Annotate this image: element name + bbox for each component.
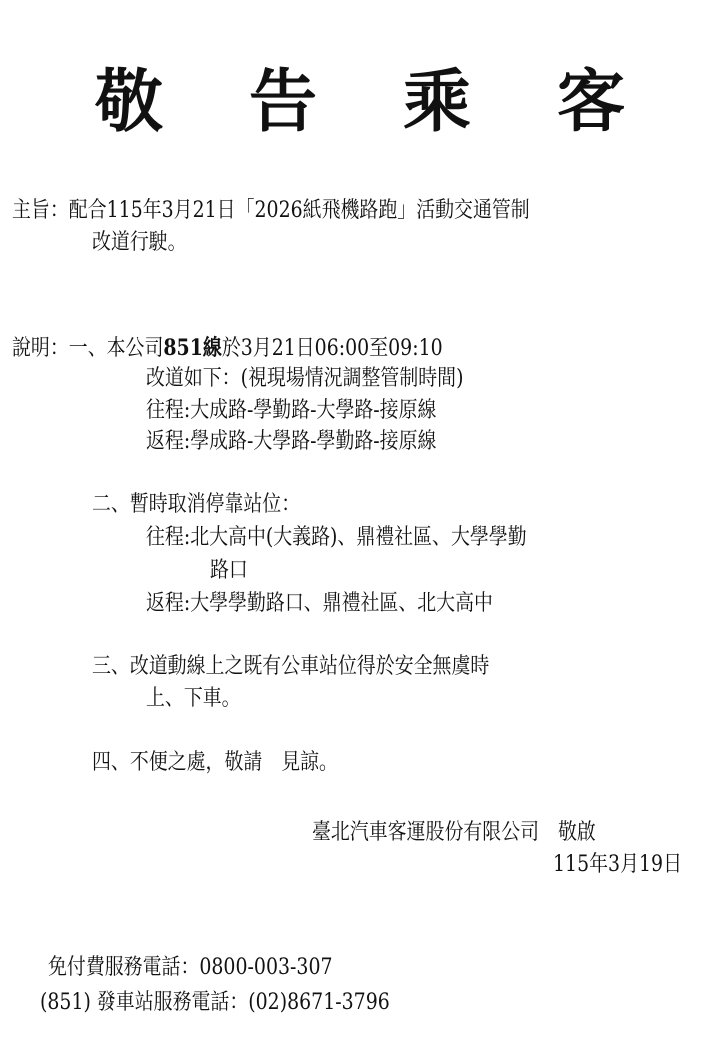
item1-time: 於3月21日06:00至09:10: [222, 336, 443, 361]
subject-line-1: 主旨：配合115年3月21日「2026紙飛機路跑」活動交通管制: [12, 196, 530, 226]
item2-outbound-2: 路口: [210, 556, 248, 586]
item2-outbound-1: 往程:北大高中(大義路)、鼎禮社區、大學學勤: [146, 523, 527, 553]
explanation-item-1: 說明：一、本公司851線於3月21日06:00至09:10: [12, 333, 443, 364]
title-char: 乘: [396, 62, 478, 142]
title-char: 敬: [88, 62, 170, 142]
route-number: 851線: [163, 335, 221, 361]
item2-inbound: 返程:大學學勤路口、鼎禮社區、北大高中: [146, 589, 493, 619]
signature-company: 臺北汽車客運股份有限公司 敬啟: [312, 818, 596, 848]
signature-date: 115年3月19日: [553, 850, 682, 880]
subject-text: 配合115年3月21日「2026紙飛機路跑」活動交通管制: [69, 198, 530, 223]
explanation-label: 說明：: [12, 336, 69, 361]
toll-free-phone: 免付費服務電話：0800-003-307: [48, 953, 333, 983]
item3-line-2: 上、下車。: [146, 684, 241, 714]
subject-label: 主旨：: [12, 198, 69, 223]
notice-title: 敬 告 乘 客: [0, 62, 720, 142]
item4-line-1: 四、不便之處，敬請 見諒。: [92, 748, 338, 778]
item1-outbound: 往程:大成路-學勤路-大學路-接原線: [146, 396, 436, 426]
item1-prefix: 一、本公司: [69, 336, 164, 361]
title-char: 告: [242, 62, 324, 142]
title-char: 客: [550, 62, 632, 142]
item2-heading: 二、暫時取消停靠站位：: [92, 490, 300, 520]
station-phone: (851) 發車站服務電話：(02)8671-3796: [40, 988, 390, 1018]
item1-line-2: 改道如下：(視現場情況調整管制時間): [146, 364, 463, 394]
item1-inbound: 返程:學成路-大學路-學勤路-接原線: [146, 427, 436, 457]
item3-line-1: 三、改道動線上之既有公車站位得於安全無虞時: [92, 652, 489, 682]
subject-line-2: 改道行駛。: [92, 228, 187, 258]
